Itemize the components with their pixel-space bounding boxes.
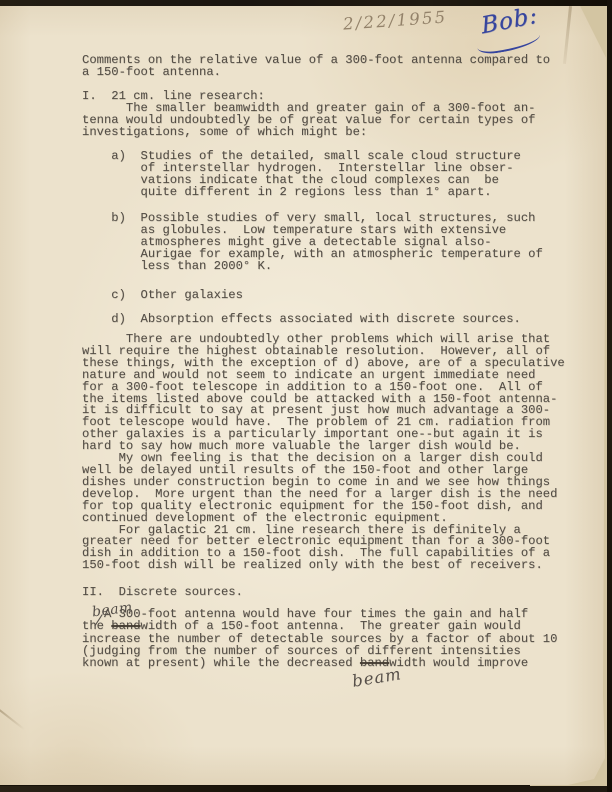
list-item-d: d) Absorption effects associated with di… [82, 314, 521, 326]
section-2-paragraph: A 300-foot antenna would have four times… [82, 608, 557, 670]
discussion-paragraphs: There are undoubtedly other problems whi… [82, 334, 565, 572]
paper-sheet: 2/22/1955 Bob: Comments on the relative … [0, 6, 607, 785]
scanned-page: 2/22/1955 Bob: Comments on the relative … [0, 0, 612, 792]
list-item-c: c) Other galaxies [82, 290, 243, 302]
list-item-b: b) Possible studies of very small, local… [82, 213, 543, 273]
list-item-a: a) Studies of the detailed, small scale … [82, 151, 521, 199]
scan-edge-top [0, 0, 612, 6]
paper-crease-top-right [563, 6, 572, 64]
section-2-heading: II. Discrete sources. [82, 587, 243, 599]
paper-crease-bottom-left [0, 708, 25, 731]
scan-edge-right [607, 0, 612, 792]
section-1-heading-and-paragraph: I. 21 cm. line research: The smaller bea… [82, 91, 535, 139]
handwritten-date: 2/22/1955 [342, 7, 447, 33]
scan-edge-bottom [0, 786, 612, 792]
document-title: Comments on the relative value of a 300-… [82, 55, 550, 79]
